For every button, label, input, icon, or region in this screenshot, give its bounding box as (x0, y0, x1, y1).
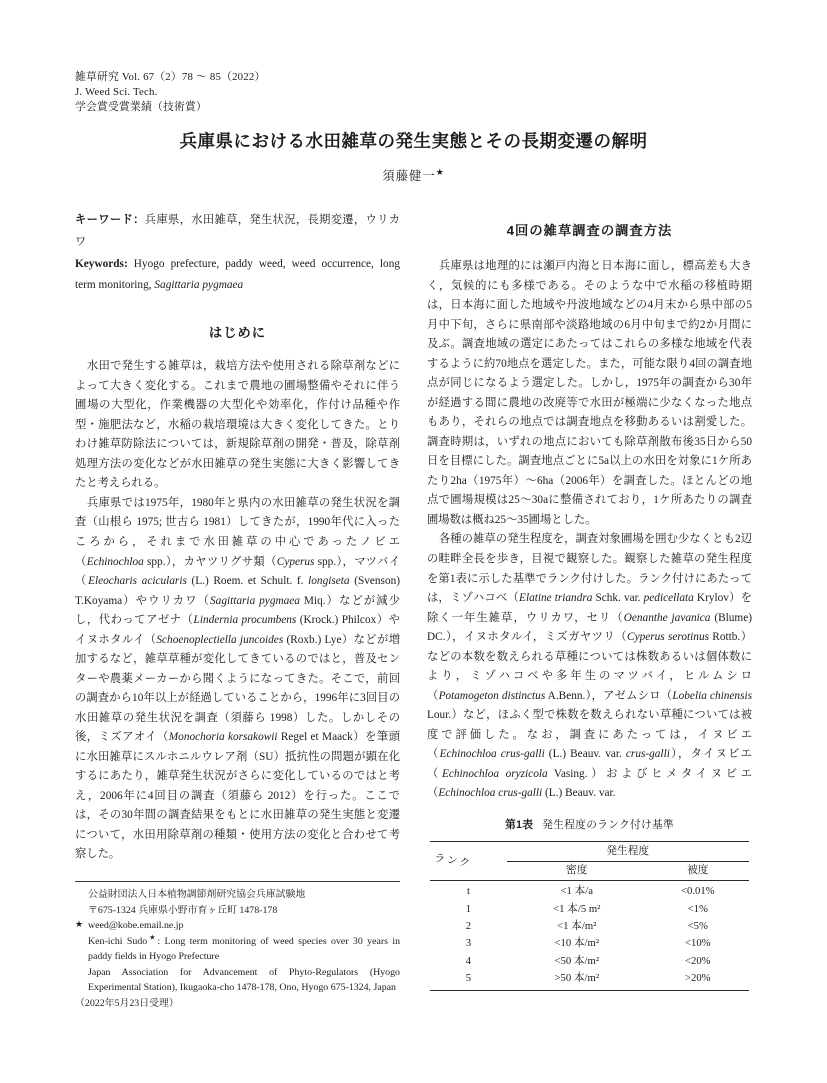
cell-rank: 5 (430, 970, 506, 991)
table-row: 2<1 本/m²<5% (430, 918, 749, 935)
table-row: 1<1 本/5 m²<1% (430, 901, 749, 918)
column-header-rank: ランク (430, 842, 506, 881)
footnote-affiliation-ja: 公益財団法人日本植物調節剤研究協会兵庫試験地 (75, 887, 400, 903)
table1-caption-text: 発生程度のランク付け基準 (542, 819, 674, 831)
keywords-japanese: キーワード：兵庫県，水田雑草，発生状況，長期変遷，ウリカワ (75, 210, 400, 254)
footnote-affiliation-en: Japan Association for Advancement of Phy… (75, 965, 400, 996)
table-row: 5>50 本/m²>20% (430, 970, 749, 991)
footnote-bio-en: Ken-ichi Sudo★: Long term monitoring of … (75, 934, 400, 965)
author-name: 須藤健一★ (0, 166, 827, 184)
table-row: t<1 本/a<0.01% (430, 881, 749, 901)
table-row: 4<50 本/m²<20% (430, 953, 749, 970)
column-header-occurrence-level: 発生程度 (507, 842, 749, 861)
intro-paragraph-1: 水田で発生する雑草は，栽培方法や使用される除草剤などによって大きく変化する。これ… (75, 357, 400, 494)
footnote-address-ja: 〒675-1324 兵庫県小野市育ヶ丘町 1478-178 (75, 903, 400, 919)
star-icon: ★ (75, 917, 83, 931)
paper-title: 兵庫県における水田雑草の発生実態とその長期変遷の解明 (0, 128, 827, 153)
cell-cover: <0.01% (647, 881, 749, 901)
table-body: t<1 本/a<0.01%1<1 本/5 m²<1%2<1 本/m²<5%3<1… (430, 881, 749, 991)
journal-volume-line: 雑草研究 Vol. 67（2）78 ～ 85（2022） (75, 70, 265, 85)
intro-paragraph-2: 兵庫県では1975年，1980年と県内の水田雑草の発生状況を調査（山根ら 197… (75, 494, 400, 865)
cell-density: <1 本/a (507, 881, 647, 901)
award-line: 学会賞受賞業績（技術賞） (75, 100, 265, 115)
cell-cover: <5% (647, 918, 749, 935)
footnote-email-line: ★weed@kobe.email.ne.jp (75, 918, 400, 934)
section-heading-methods: 4回の雑草調査の調査方法 (427, 219, 752, 242)
footnote-block: 公益財団法人日本植物調節剤研究協会兵庫試験地 〒675-1324 兵庫県小野市育… (75, 881, 400, 1011)
right-column: 4回の雑草調査の調査方法 兵庫県は地理的には瀬戸内海と日本海に面し，標高差も大き… (427, 210, 752, 1011)
journal-abbreviation: J. Weed Sci. Tech. (75, 85, 265, 100)
cell-density: <10 本/m² (507, 935, 647, 952)
table1-caption: 第1表発生程度のランク付け基準 (427, 816, 752, 835)
cell-density: <1 本/m² (507, 918, 647, 935)
cell-rank: 4 (430, 953, 506, 970)
column-header-density: 密度 (507, 861, 647, 880)
cell-cover: >20% (647, 970, 749, 991)
cell-rank: 3 (430, 935, 506, 952)
methods-paragraph-2: 各種の雑草の発生程度を，調査対象圃場を囲む少なくとも2辺の畦畔全長を歩き，目視で… (427, 530, 752, 803)
two-column-body: キーワード：兵庫県，水田雑草，発生状況，長期変遷，ウリカワ Keywords: … (75, 210, 752, 1011)
keywords-english: Keywords: Hyogo prefecture, paddy weed, … (75, 254, 400, 298)
rank-criteria-table: ランク 発生程度 密度 被度 t<1 本/a<0.01%1<1 本/5 m²<1… (430, 841, 749, 991)
cell-rank: 1 (430, 901, 506, 918)
cell-rank: t (430, 881, 506, 901)
methods-paragraph-1: 兵庫県は地理的には瀬戸内海と日本海に面し，標高差も大きく，気候的にも多様である。… (427, 257, 752, 530)
journal-header: 雑草研究 Vol. 67（2）78 ～ 85（2022） J. Weed Sci… (75, 70, 265, 115)
cell-rank: 2 (430, 918, 506, 935)
footnote-email: weed@kobe.email.ne.jp (88, 920, 183, 931)
footnote-received-date: （2022年5月23日受理） (75, 996, 400, 1012)
cell-density: <50 本/m² (507, 953, 647, 970)
cell-cover: <20% (647, 953, 749, 970)
cell-cover: <1% (647, 901, 749, 918)
table1-caption-label: 第1表 (505, 819, 533, 831)
section-heading-introduction: はじめに (75, 321, 400, 344)
table-row: 3<10 本/m²<10% (430, 935, 749, 952)
left-column: キーワード：兵庫県，水田雑草，発生状況，長期変遷，ウリカワ Keywords: … (75, 210, 400, 1011)
table-header: ランク 発生程度 密度 被度 (430, 842, 749, 881)
cell-density: >50 本/m² (507, 970, 647, 991)
column-header-coverage: 被度 (647, 861, 749, 880)
cell-cover: <10% (647, 935, 749, 952)
cell-density: <1 本/5 m² (507, 901, 647, 918)
